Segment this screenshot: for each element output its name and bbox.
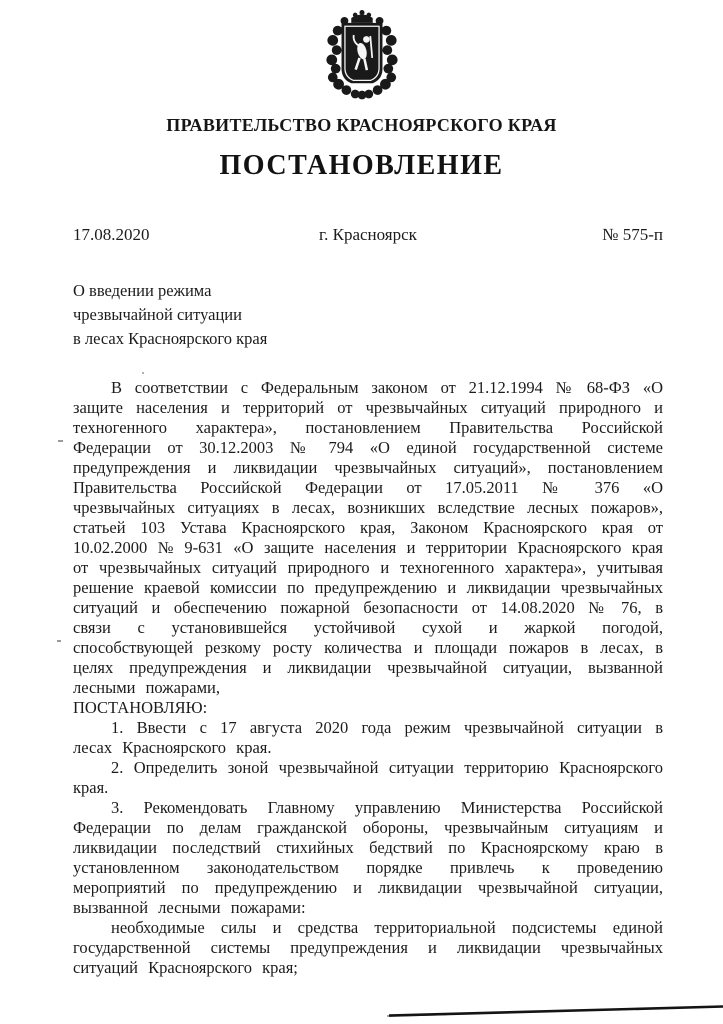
scan-speck [142,372,144,374]
paragraph-preamble: В соответствии с Федеральным законом от … [73,378,663,698]
krasnoyarsk-krai-coat-of-arms-icon [323,8,401,102]
subject-line-3: в лесах Красноярского края [73,327,663,351]
subject-line-2: чрезвычайной ситуации [73,303,663,327]
subject-line-1: О введении режима [73,279,663,303]
scan-speck [58,440,63,442]
document-meta-row: 17.08.2020 г. Красноярск № 575-п [73,224,663,246]
organization-name: ПРАВИТЕЛЬСТВО КРАСНОЯРСКОГО КРАЯ [0,115,723,136]
paragraph-item-2: 2. Определить зоной чрезвычайной ситуаци… [73,758,663,798]
scan-speck [57,640,61,642]
paragraph-item-3: 3. Рекомендовать Главному управлению Мин… [73,798,663,918]
paragraph-resolution-word: ПОСТАНОВЛЯЮ: [73,698,663,718]
document-body: В соответствии с Федеральным законом от … [73,378,663,978]
document-place: г. Красноярск [73,224,663,246]
scan-artifact-line [385,998,723,1020]
document-type-title: ПОСТАНОВЛЕНИЕ [0,150,723,182]
document-subject: О введении режима чрезвычайной ситуации … [73,279,663,351]
scanned-decree-page: ПРАВИТЕЛЬСТВО КРАСНОЯРСКОГО КРАЯ ПОСТАНО… [0,0,723,1024]
paragraph-item-1: 1. Ввести с 17 августа 2020 года режим ч… [73,718,663,758]
document-number: № 575-п [602,224,663,246]
paragraph-item-3-subitem: необходимые силы и средства территориаль… [73,918,663,978]
